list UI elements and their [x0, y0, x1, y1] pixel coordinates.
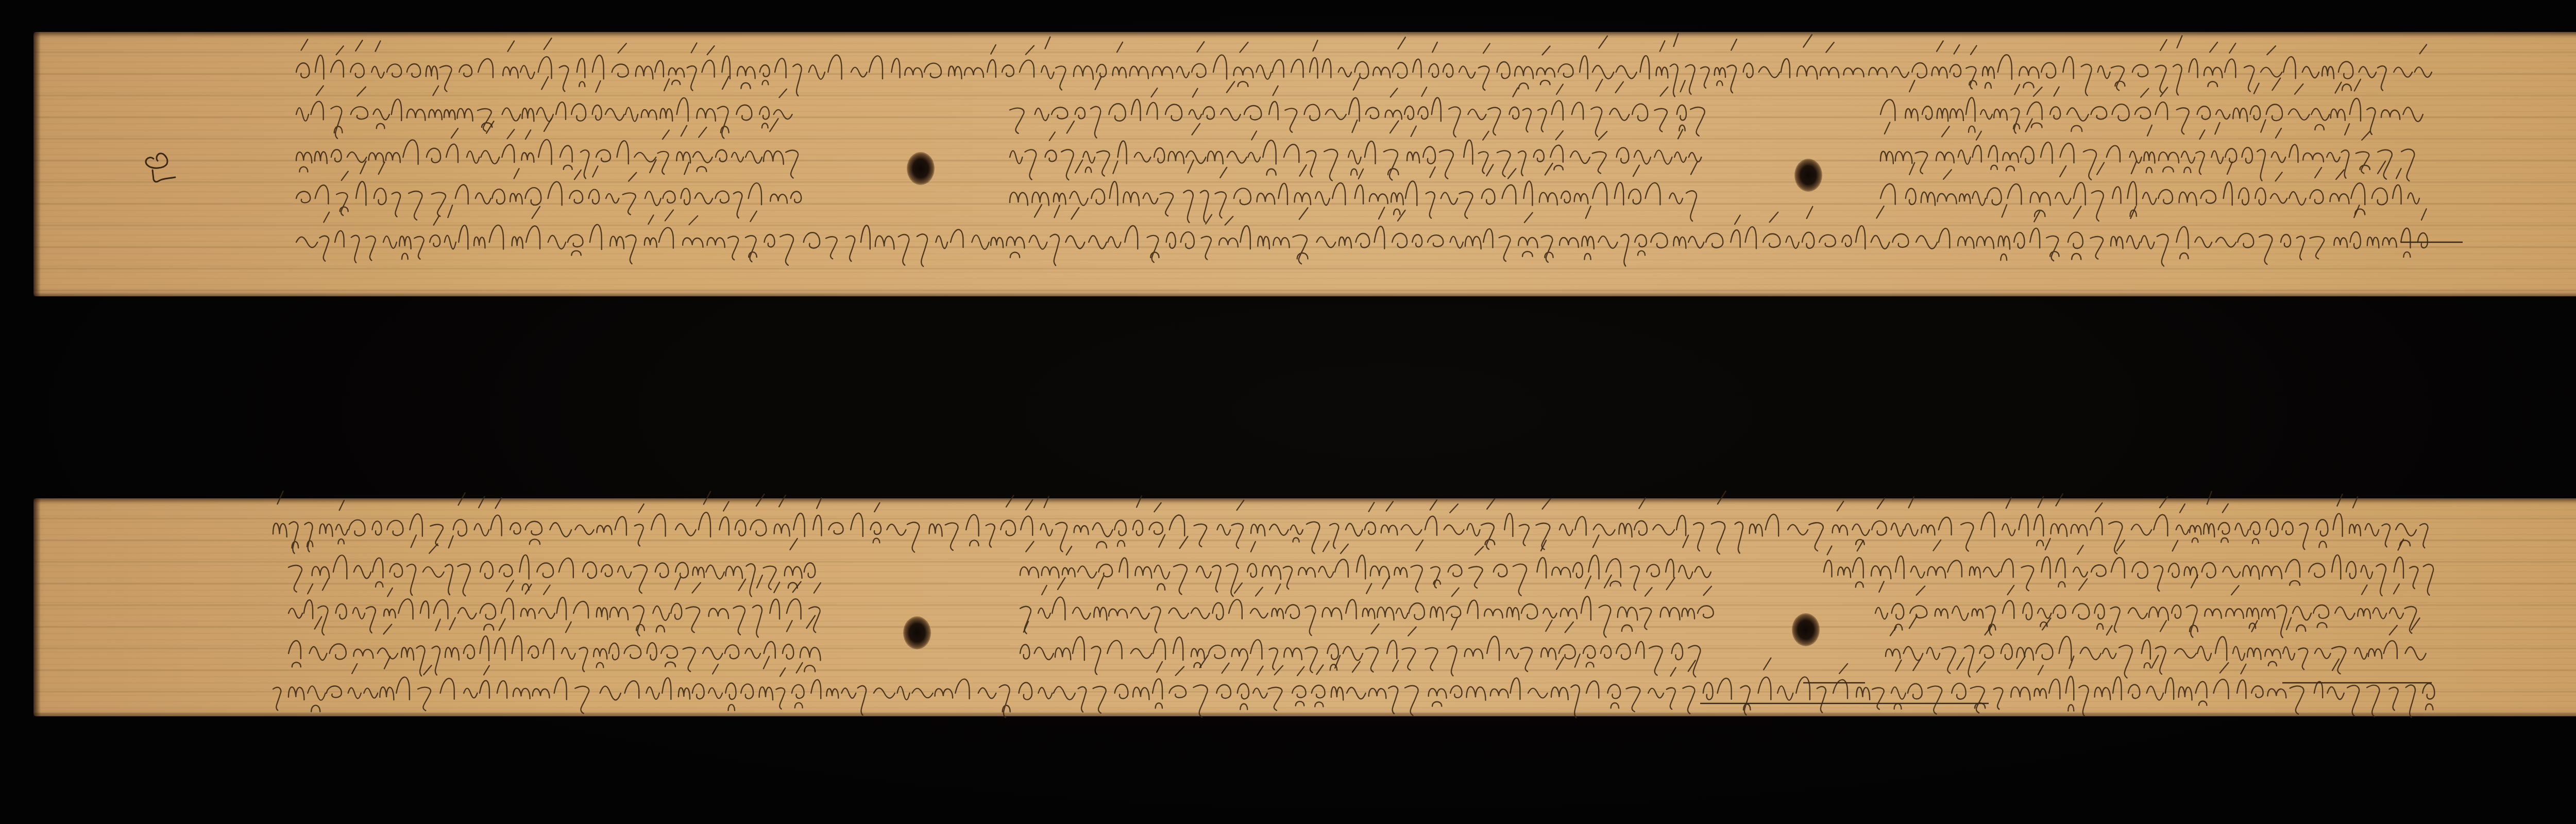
page-numeral-icon	[138, 139, 179, 196]
binding-hole	[903, 616, 931, 649]
script-line	[1880, 161, 2419, 221]
script-line	[1880, 119, 2414, 181]
script-line	[1010, 77, 1705, 138]
script-line	[1020, 575, 1714, 637]
script-line	[1886, 616, 2426, 678]
script-line	[289, 535, 815, 596]
script-line	[1020, 535, 1711, 597]
binding-hole	[1792, 613, 1820, 646]
script-line	[1875, 575, 2416, 637]
script-line	[289, 615, 820, 676]
script-line	[296, 76, 792, 138]
binding-hole	[907, 152, 935, 185]
binding-hole	[1794, 159, 1822, 192]
script-line	[1824, 539, 2433, 596]
script-line	[289, 575, 821, 637]
script-line	[296, 33, 2432, 96]
script-line	[296, 160, 801, 220]
script-line	[273, 491, 2428, 554]
handwritten-script-layer	[0, 0, 2576, 824]
script-line	[1020, 618, 1700, 677]
script-line	[296, 205, 2428, 266]
